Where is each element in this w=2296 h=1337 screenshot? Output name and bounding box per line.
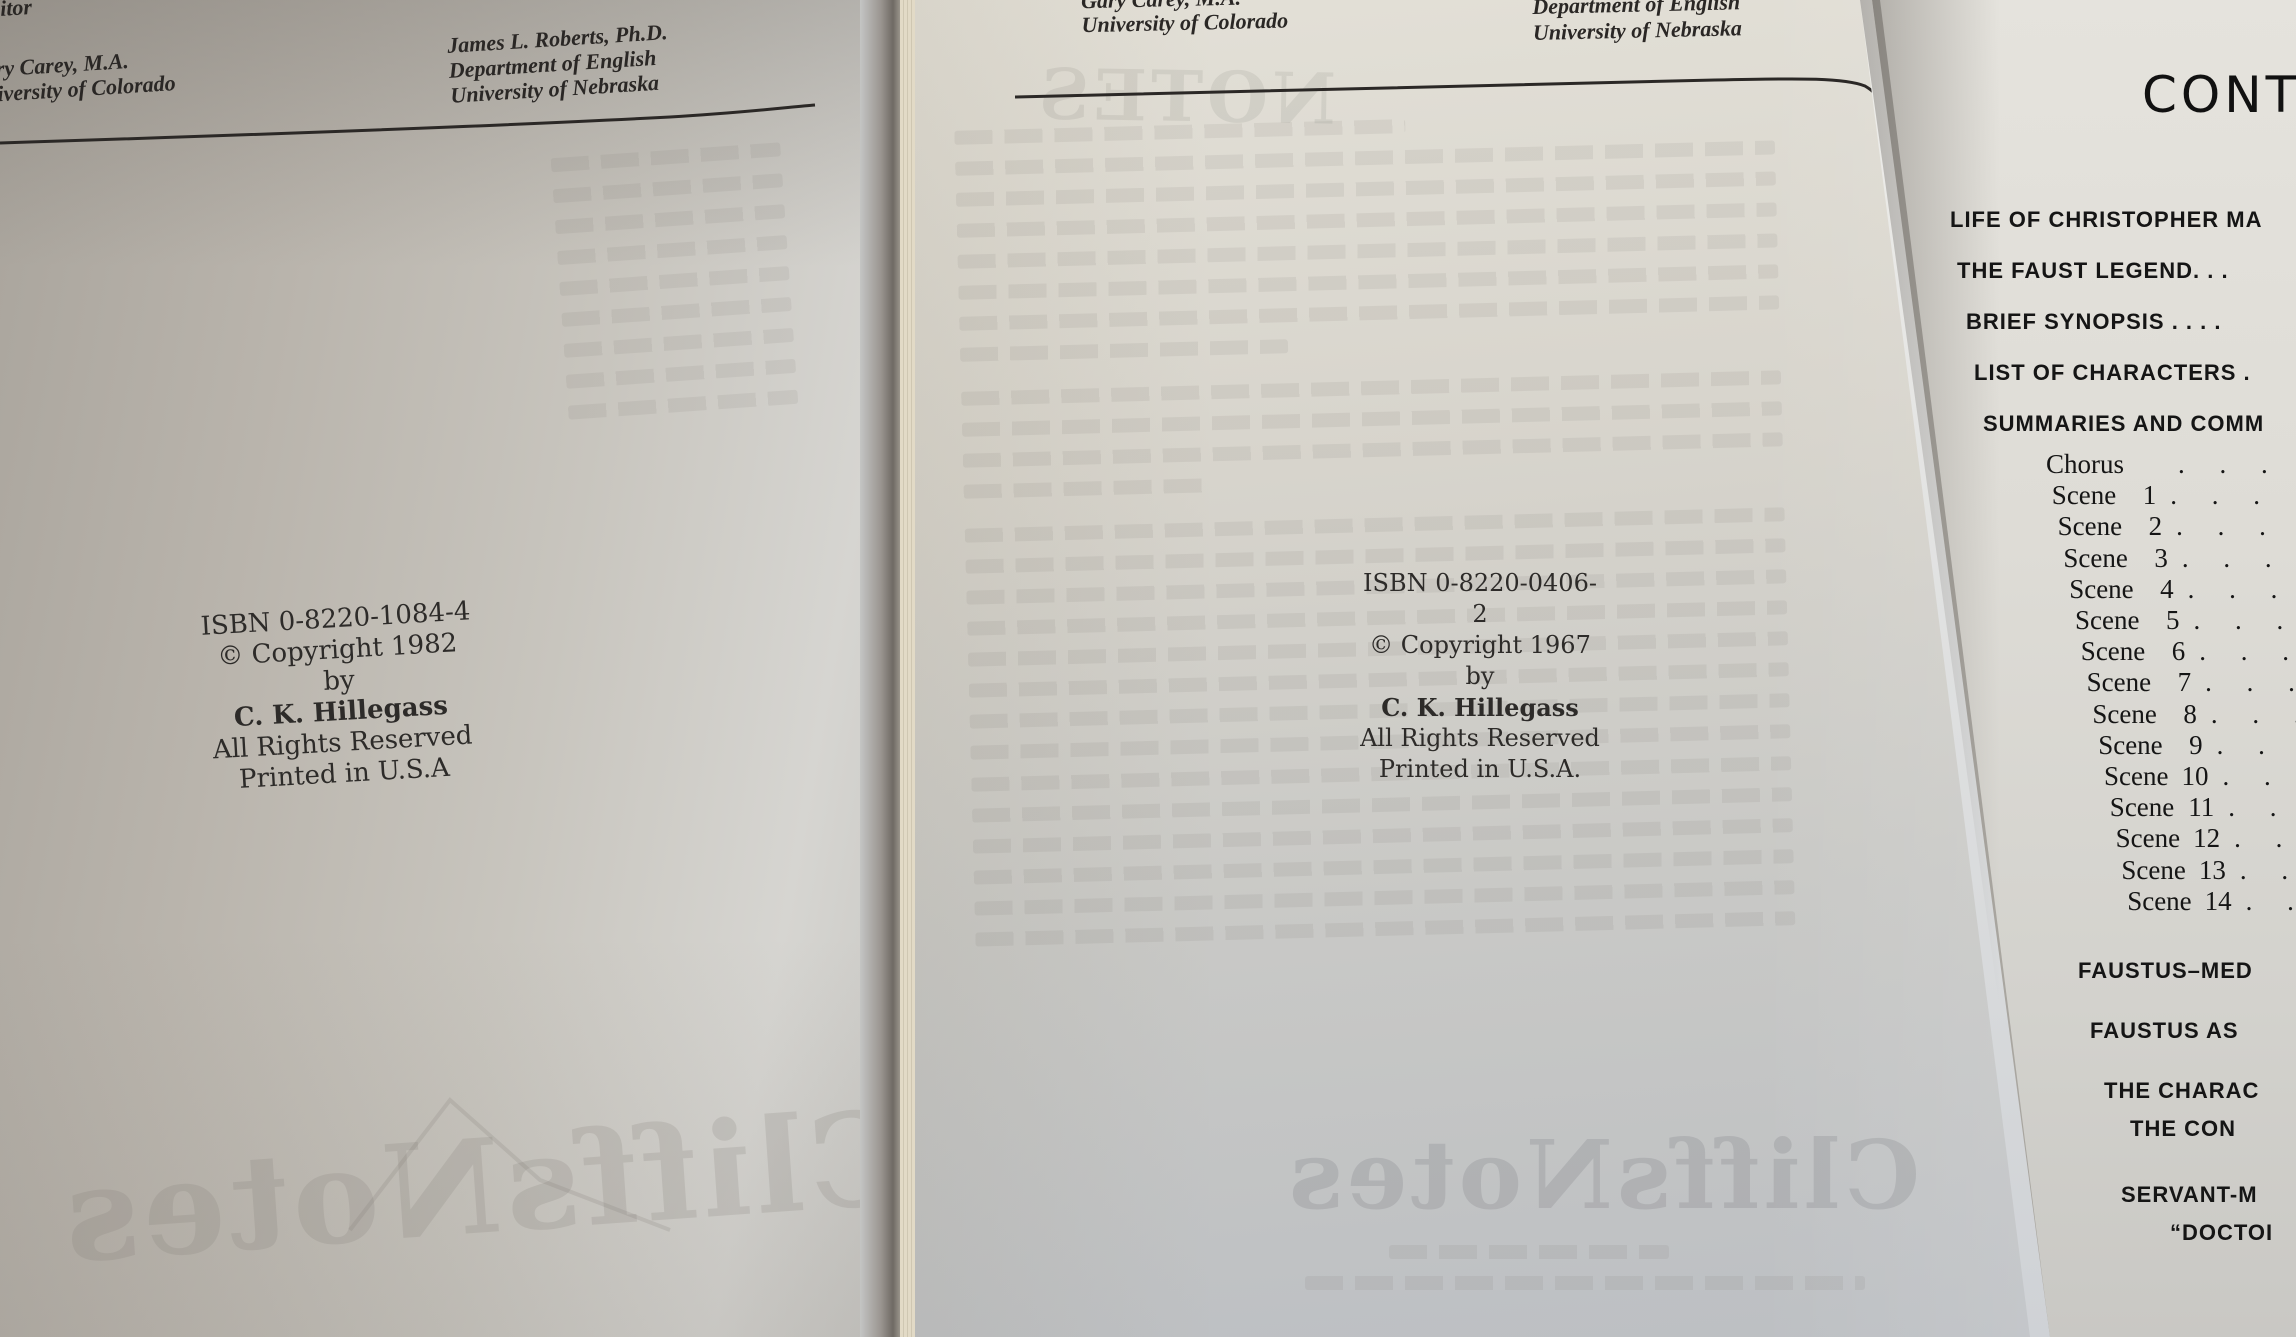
toc-scene-entry: Scene11. . . . . . xyxy=(2110,792,2296,823)
rights-line: All Rights Reserved xyxy=(1360,723,1600,754)
toc-scene-number: 14 xyxy=(2192,886,2232,917)
toc-scene-number: 1 xyxy=(2116,480,2156,511)
header-rule xyxy=(1015,70,1895,130)
toc-scene-entry: Scene10. . . . . . xyxy=(2104,761,2296,792)
publisher-logo-showthrough: CliffsNotes xyxy=(1285,1120,1920,1231)
show-through-text xyxy=(551,142,800,436)
toc-scene-label: Scene xyxy=(2081,636,2145,666)
toc-scene-number: 10 xyxy=(2168,761,2208,792)
toc-leader-dots: . . . . . . xyxy=(2176,511,2296,541)
toc-scene-entry: Scene2. . . . . . xyxy=(2058,511,2296,542)
printed-line: Printed in U.S.A. xyxy=(1360,754,1600,785)
toc-scene-label: Scene xyxy=(2116,823,2180,853)
toc-scene-label: Scene xyxy=(2069,574,2133,604)
toc-scene-entry: Scene5. . . . . . xyxy=(2075,605,2296,636)
toc-heading: SERVANT-M xyxy=(2121,1182,2258,1208)
toc-heading: FAUSTUS AS xyxy=(2090,1018,2239,1044)
toc-scene-entry: Scene3. . . . . . xyxy=(2063,543,2296,574)
toc-scene-number: 12 xyxy=(2180,823,2220,854)
toc-scene-label: Scene xyxy=(2052,480,2116,510)
toc-scene-entry: Scene8. . . . . . xyxy=(2092,699,2296,730)
toc-scene-label: Scene xyxy=(2121,855,2185,885)
toc-leader-dots: . . . . . . xyxy=(2193,605,2296,635)
toc-scene-number: 7 xyxy=(2151,667,2191,698)
toc-leader-dots: . . . . . . xyxy=(2234,823,2296,853)
left-page: litor Consulting E ry Carey, M.A. iversi… xyxy=(0,0,880,1337)
toc-scene-label: Scene xyxy=(2087,667,2151,697)
copyright-block-1967: ISBN 0-8220-0406-2 © Copyright 1967 by C… xyxy=(1360,568,1600,785)
toc-leader-dots: . . . . . . xyxy=(2170,480,2296,510)
copyright-line: © Copyright 1967 xyxy=(1360,630,1600,661)
toc-scene-number: 6 xyxy=(2145,636,2185,667)
toc-scene-number: 3 xyxy=(2128,543,2168,574)
toc-leader-dots: . . . . . . xyxy=(2222,761,2296,791)
toc-leader-dots: . . . . . . xyxy=(2246,886,2296,916)
toc-scene-label: Scene xyxy=(2110,792,2174,822)
toc-leader-dots: . . . . . . xyxy=(2188,574,2296,604)
toc-leader-dots: . . . . . . xyxy=(2217,730,2296,760)
header-rule xyxy=(0,95,820,155)
toc-scene-number: 2 xyxy=(2122,511,2162,542)
toc-leader-dots: . . . . . . xyxy=(2178,449,2296,479)
toc-scene-label: Scene xyxy=(2127,886,2191,916)
toc-scene-entry: Scene12. . . . . . xyxy=(2116,823,2296,854)
toc-scene-label: Scene xyxy=(2058,511,2122,541)
toc-leader-dots: . . . . . . xyxy=(2205,667,2296,697)
toc-scene-label: Scene xyxy=(2063,543,2127,573)
toc-scene-label: Scene xyxy=(2075,605,2139,635)
editor-affiliation-left: University of Colorado xyxy=(1081,10,1288,37)
toc-leader-dots: . . . . . . xyxy=(2240,855,2296,885)
toc-scene-entry: Scene14. . . . . . xyxy=(2127,886,2296,917)
toc-scene-label: Scene xyxy=(2104,761,2168,791)
toc-leader-dots: . . . . . . xyxy=(2211,699,2296,729)
toc-leader-dots: . . . . . . xyxy=(2228,792,2296,822)
toc-scene-entry: Scene7. . . . . . xyxy=(2087,667,2296,698)
toc-scene-entry: Scene9. . . . . . xyxy=(2098,730,2296,761)
toc-leader-dots: . . . . . . xyxy=(2199,636,2296,666)
author: C. K. Hillegass xyxy=(1360,692,1600,723)
toc-scene-entry: Chorus. . . . . . xyxy=(2046,449,2296,480)
showthrough-imprint xyxy=(1305,1245,1865,1307)
toc-scene-label: Scene xyxy=(2098,730,2162,760)
by-line: by xyxy=(1360,661,1600,692)
toc-scene-entry: Scene4. . . . . . xyxy=(2069,574,2296,605)
toc-heading: THE CHARAC xyxy=(2104,1078,2259,1104)
show-through-text xyxy=(954,109,1796,963)
logo-mountain-showthrough xyxy=(330,1060,690,1260)
toc-scene-entry: Scene1. . . . . . xyxy=(2052,480,2296,511)
toc-heading: SUMMARIES AND COMM xyxy=(1983,411,2264,437)
toc-heading: LIFE OF CHRISTOPHER MA xyxy=(1950,207,2263,233)
toc-heading: THE FAUST LEGEND. . . xyxy=(1957,258,2229,284)
toc-scene-label: Scene xyxy=(2092,699,2156,729)
toc-heading: BRIEF SYNOPSIS . . . . xyxy=(1966,309,2222,335)
copyright-block-1982: ISBN 0-8220-1084-4 © Copyright 1982 by C… xyxy=(185,596,495,799)
toc-scene-entry: Scene6. . . . . . xyxy=(2081,636,2296,667)
toc-scene-number: 9 xyxy=(2163,730,2203,761)
toc-scene-number: 8 xyxy=(2157,699,2197,730)
toc-scene-number: 13 xyxy=(2186,855,2226,886)
toc-heading: FAUSTUS–MED xyxy=(2078,958,2253,984)
contents-title: CONT xyxy=(2142,66,2296,124)
toc-scene-number: 5 xyxy=(2139,605,2179,636)
isbn: ISBN 0-8220-0406-2 xyxy=(1360,568,1600,630)
toc-heading: THE CON xyxy=(2130,1116,2236,1142)
toc-leader-dots: . . . . . . xyxy=(2182,543,2296,573)
editor-affiliation-right: University of Nebraska xyxy=(1533,17,1742,44)
toc-scene-number: 11 xyxy=(2174,792,2214,823)
toc-scene-entry: Scene13. . . . . . xyxy=(2121,855,2296,886)
toc-heading: “DOCTOI xyxy=(2170,1220,2273,1246)
toc-scene-number: 4 xyxy=(2134,574,2174,605)
toc-scene-label: Chorus xyxy=(2046,449,2124,479)
toc-heading: LIST OF CHARACTERS . xyxy=(1974,360,2251,386)
header-partial-editor: litor xyxy=(0,0,33,20)
